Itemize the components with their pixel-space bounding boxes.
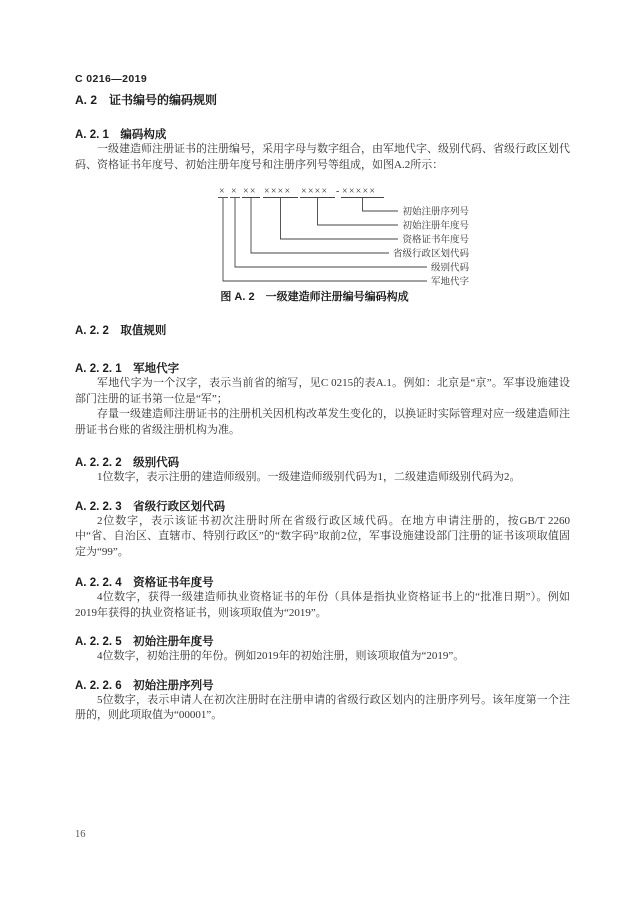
- code-structure-svg: × × ×× ×××× ×××× - ×××××: [217, 185, 477, 289]
- code-group-serial: ×××××: [342, 186, 376, 197]
- connector-lines: [223, 198, 427, 281]
- paragraph-a224: 4位数字，获得一级建造师执业资格证书的年份（具体是指执业资格证书上的“批准日期”…: [75, 590, 570, 621]
- paragraph-a221-1: 军地代字为一个汉字，表示当前省的缩写，见C 0215的表A.1。例如：北京是“京…: [75, 376, 570, 407]
- code-group-level: ×: [231, 186, 238, 197]
- code-group-junди: ×: [219, 186, 226, 197]
- figure-label-cert-year: 资格证书年度号: [402, 234, 469, 246]
- connector-line: [223, 198, 427, 281]
- section-a221-title: A. 2. 2. 1 军地代字: [75, 362, 570, 376]
- section-a22-title: A. 2. 2 取值规则: [75, 324, 570, 338]
- connector-line: [281, 198, 399, 239]
- paragraph-a221-2: 存量一级建造师注册证书的注册机关因机构改革发生变化的，以换证时实际管理对应一级建…: [75, 407, 570, 438]
- figure-label-jundi: 军地代字: [431, 276, 470, 288]
- paragraph-a222: 1位数字，表示注册的建造师级别。一级建造师级别代码为1，二级建造师级别代码为2。: [75, 470, 570, 486]
- paragraph-a223: 2位数字，表示该证书初次注册时所在省级行政区域代码。在地方申请注册的，按GB/T…: [75, 514, 570, 561]
- section-a225-title: A. 2. 2. 5 初始注册年度号: [75, 635, 570, 649]
- page-number: 16: [75, 829, 86, 840]
- paragraph-a225: 4位数字，初始注册的年份。例如2019年的初始注册，则该项取值为“2019”。: [75, 649, 570, 665]
- connector-line: [363, 198, 399, 211]
- code-group-reg-year: ××××: [301, 186, 328, 197]
- code-structure-diagram: × × ×× ×××× ×××× - ×××××: [217, 185, 477, 289]
- paragraph-a21: 一级建造师注册证书的注册编号，采用字母与数字组合，由军地代字、级别代码、省级行政…: [75, 142, 570, 173]
- connector-line: [251, 198, 389, 253]
- paragraph-a226: 5位数字，表示申请人在初次注册时在注册申请的省级行政区划内的注册序列号。该年度第…: [75, 693, 570, 724]
- section-a21-title: A. 2. 1 编码构成: [75, 128, 570, 142]
- section-a226-title: A. 2. 2. 6 初始注册序列号: [75, 679, 570, 693]
- figure-a2: × × ×× ×××× ×××× - ×××××: [75, 185, 570, 304]
- figure-label-province: 省级行政区划代码: [393, 248, 470, 260]
- connector-line: [318, 198, 399, 225]
- page-content: C 0216—2019 A. 2 证书编号的编码规则 A. 2. 1 编码构成 …: [75, 72, 570, 724]
- figure-label-reg-year: 初始注册年度号: [402, 220, 469, 232]
- doc-code: C 0216—2019: [75, 72, 570, 86]
- section-a2-title: A. 2 证书编号的编码规则: [75, 93, 570, 107]
- figure-label-level: 级别代码: [431, 262, 470, 274]
- section-a223-title: A. 2. 2. 3 省级行政区划代码: [75, 500, 570, 514]
- figure-caption: 图 A. 2 一级建造师注册编号编码构成: [67, 290, 562, 304]
- code-group-province: ××: [243, 186, 257, 197]
- section-a222-title: A. 2. 2. 2 级别代码: [75, 456, 570, 470]
- code-group-cert-year: ××××: [264, 186, 291, 197]
- document-page: C 0216—2019 A. 2 证书编号的编码规则 A. 2. 1 编码构成 …: [0, 0, 640, 905]
- section-a224-title: A. 2. 2. 4 资格证书年度号: [75, 576, 570, 590]
- figure-label-serial: 初始注册序列号: [402, 206, 469, 218]
- code-dash: -: [336, 186, 341, 197]
